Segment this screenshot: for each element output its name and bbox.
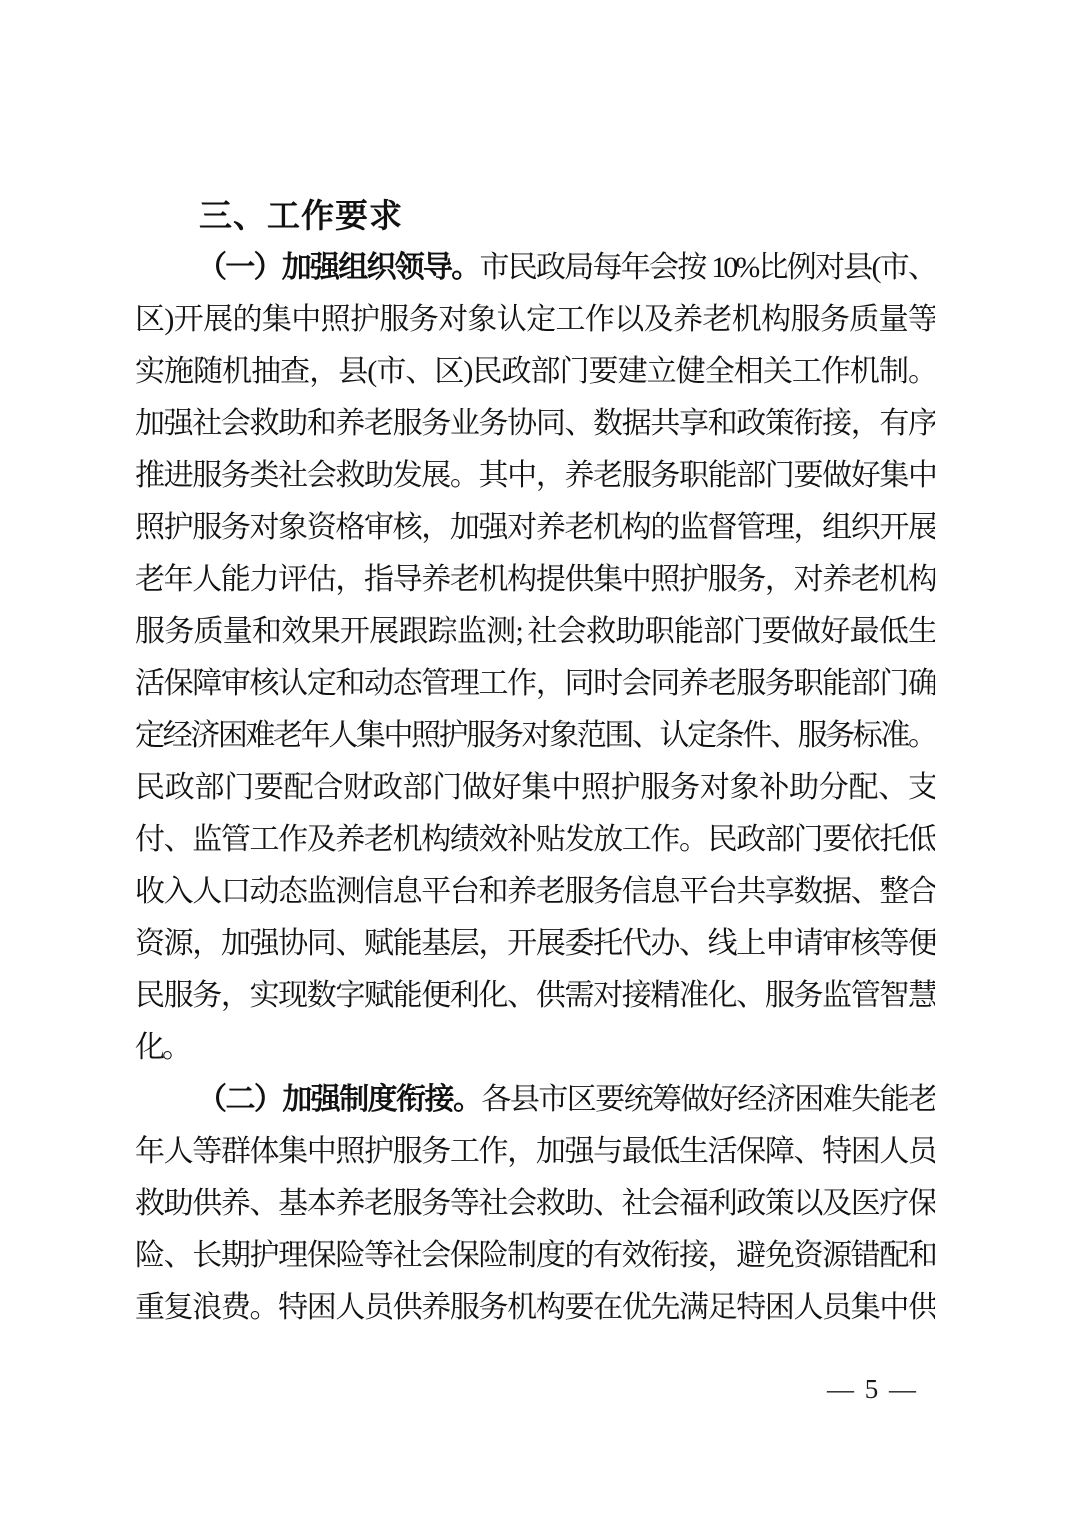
text-line: 民服务，实现数字赋能便利化、供需对接精准化、服务监管智慧: [135, 970, 935, 1022]
text-line: 加强社会救助和养老服务业务协同、数据共享和政策衔接，有序: [135, 398, 935, 450]
text-line: 照护服务对象资格审核，加强对养老机构的监督管理，组织开展: [135, 502, 935, 554]
paragraph: （一）加强组织领导。市民政局每年会按 10%比例对县(市、区)开展的集中照护服务…: [135, 242, 935, 1074]
text-line: 年人等群体集中照护服务工作，加强与最低生活保障、特困人员: [135, 1126, 935, 1178]
document-text-block: 三、工作要求 （一）加强组织领导。市民政局每年会按 10%比例对县(市、区)开展…: [135, 190, 935, 1334]
text-line: 老年人能力评估，指导养老机构提供集中照护服务，对养老机构: [135, 554, 935, 606]
text-line: 推进服务类社会救助发展。其中，养老服务职能部门要做好集中: [135, 450, 935, 502]
text-line: 重复浪费。特困人员供养服务机构要在优先满足特困人员集中供: [135, 1282, 935, 1334]
paragraphs: （一）加强组织领导。市民政局每年会按 10%比例对县(市、区)开展的集中照护服务…: [135, 242, 935, 1334]
page-number: — 5 —: [827, 1374, 918, 1405]
text-line: 付、监管工作及养老机构绩效补贴发放工作。民政部门要依托低: [135, 814, 935, 866]
text-line: 救助供养、基本养老服务等社会救助、社会福利政策以及医疗保: [135, 1178, 935, 1230]
paragraph-text: 各县市区要统筹做好经济困难失能老: [481, 1083, 935, 1116]
text-line: 区)开展的集中照护服务对象认定工作以及养老机构服务质量等: [135, 294, 935, 346]
paragraph-lead: （二）加强制度衔接。: [197, 1083, 481, 1116]
section-heading: 三、工作要求: [135, 190, 935, 242]
text-line: （一）加强组织领导。市民政局每年会按 10%比例对县(市、: [135, 242, 935, 294]
text-line: 收入人口动态监测信息平台和养老服务信息平台共享数据、整合: [135, 866, 935, 918]
text-line: 活保障审核认定和动态管理工作，同时会同养老服务职能部门确: [135, 658, 935, 710]
text-line: （二）加强制度衔接。各县市区要统筹做好经济困难失能老: [135, 1074, 935, 1126]
document-page: 三、工作要求 （一）加强组织领导。市民政局每年会按 10%比例对县(市、区)开展…: [0, 0, 1074, 1520]
text-line: 化。: [135, 1022, 935, 1074]
text-line: 资源，加强协同、赋能基层，开展委托代办、线上申请审核等便: [135, 918, 935, 970]
paragraph-lead: （一）加强组织领导。: [197, 251, 480, 284]
text-line: 民政部门要配合财政部门做好集中照护服务对象补助分配、支: [135, 762, 935, 814]
paragraph: （二）加强制度衔接。各县市区要统筹做好经济困难失能老年人等群体集中照护服务工作，…: [135, 1074, 935, 1334]
paragraph-text: 市民政局每年会按 10%比例对县(市、: [480, 251, 935, 284]
text-line: 险、长期护理保险等社会保险制度的有效衔接，避免资源错配和: [135, 1230, 935, 1282]
text-line: 服务质量和效果开展跟踪监测; 社会救助职能部门要做好最低生: [135, 606, 935, 658]
text-line: 定经济困难老年人集中照护服务对象范围、认定条件、服务标准。: [135, 710, 935, 762]
text-line: 实施随机抽查，县(市、区)民政部门要建立健全相关工作机制。: [135, 346, 935, 398]
